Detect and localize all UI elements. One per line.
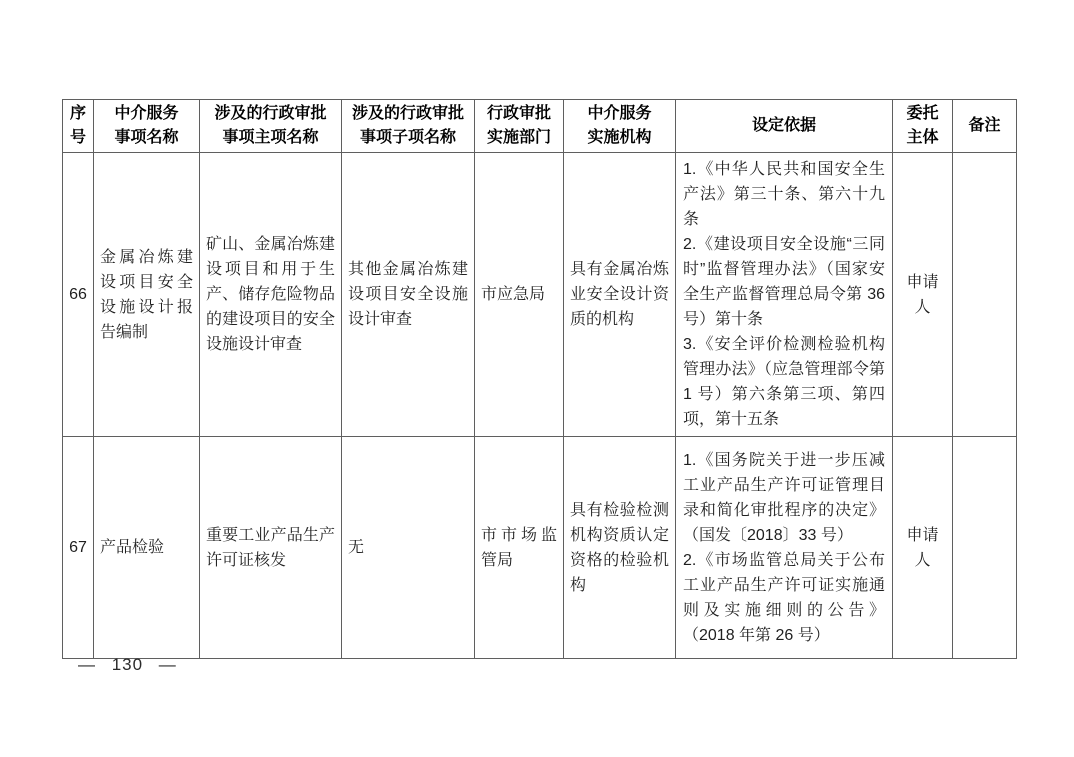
table-row: 67 产品检验 重要工业产品生产许可证核发 无 市市场监管局 具有检验检测机构资… bbox=[63, 437, 1017, 659]
document-page: 序 号 中介服务 事项名称 涉及的行政审批 事项主项名称 涉及的行政审批 事项子… bbox=[0, 0, 1074, 757]
cell-remark bbox=[953, 153, 1017, 437]
header-client: 委托 主体 bbox=[893, 100, 953, 153]
cell-remark bbox=[953, 437, 1017, 659]
cell-approval-dept: 市应急局 bbox=[475, 153, 564, 437]
basis-item: 1.《国务院关于进一步压减工业产品生产许可证管理目录和简化审批程序的决定》（国发… bbox=[683, 448, 885, 548]
cell-seq: 66 bbox=[63, 153, 94, 437]
intermediary-services-table: 序 号 中介服务 事项名称 涉及的行政审批 事项主项名称 涉及的行政审批 事项子… bbox=[62, 99, 1017, 659]
cell-main-item: 矿山、金属冶炼建设项目和用于生产、储存危险物品的建设项目的安全设施设计审查 bbox=[200, 153, 342, 437]
cell-approval-dept: 市市场监管局 bbox=[475, 437, 564, 659]
cell-client: 申请人 bbox=[893, 153, 953, 437]
header-seq: 序 号 bbox=[63, 100, 94, 153]
cell-seq: 67 bbox=[63, 437, 94, 659]
cell-implementing-agency: 具有检验检测机构资质认定资格的检验机构 bbox=[564, 437, 676, 659]
cell-implementing-agency: 具有金属冶炼业安全设计资质的机构 bbox=[564, 153, 676, 437]
header-remark: 备注 bbox=[953, 100, 1017, 153]
table-row: 66 金属冶炼建设项目安全设施设计报告编制 矿山、金属冶炼建设项目和用于生产、储… bbox=[63, 153, 1017, 437]
basis-item: 2.《市场监管总局关于公布工业产品生产许可证实施通则及实施细则的公告》（2018… bbox=[683, 548, 885, 648]
header-approval-dept: 行政审批 实施部门 bbox=[475, 100, 564, 153]
cell-service-name: 产品检验 bbox=[94, 437, 200, 659]
header-service-name: 中介服务 事项名称 bbox=[94, 100, 200, 153]
page-number: — 130 — bbox=[78, 655, 177, 675]
header-sub-item: 涉及的行政审批 事项子项名称 bbox=[342, 100, 475, 153]
cell-basis: 1.《国务院关于进一步压减工业产品生产许可证管理目录和简化审批程序的决定》（国发… bbox=[676, 437, 893, 659]
cell-client: 申请人 bbox=[893, 437, 953, 659]
header-basis: 设定依据 bbox=[676, 100, 893, 153]
header-main-item: 涉及的行政审批 事项主项名称 bbox=[200, 100, 342, 153]
cell-sub-item: 其他金属冶炼建设项目安全设施设计审查 bbox=[342, 153, 475, 437]
basis-item: 3.《安全评价检测检验机构管理办法》（应急管理部令第 1 号）第六条第三项、第四… bbox=[683, 332, 885, 432]
basis-item: 1.《中华人民共和国安全生产法》第三十条、第六十九条 bbox=[683, 157, 885, 232]
cell-service-name: 金属冶炼建设项目安全设施设计报告编制 bbox=[94, 153, 200, 437]
cell-main-item: 重要工业产品生产许可证核发 bbox=[200, 437, 342, 659]
header-implementing-agency: 中介服务 实施机构 bbox=[564, 100, 676, 153]
basis-item: 2.《建设项目安全设施“三同时”监督管理办法》（国家安全生产监督管理总局令第 3… bbox=[683, 232, 885, 332]
table-header-row: 序 号 中介服务 事项名称 涉及的行政审批 事项主项名称 涉及的行政审批 事项子… bbox=[63, 100, 1017, 153]
cell-sub-item: 无 bbox=[342, 437, 475, 659]
cell-basis: 1.《中华人民共和国安全生产法》第三十条、第六十九条 2.《建设项目安全设施“三… bbox=[676, 153, 893, 437]
